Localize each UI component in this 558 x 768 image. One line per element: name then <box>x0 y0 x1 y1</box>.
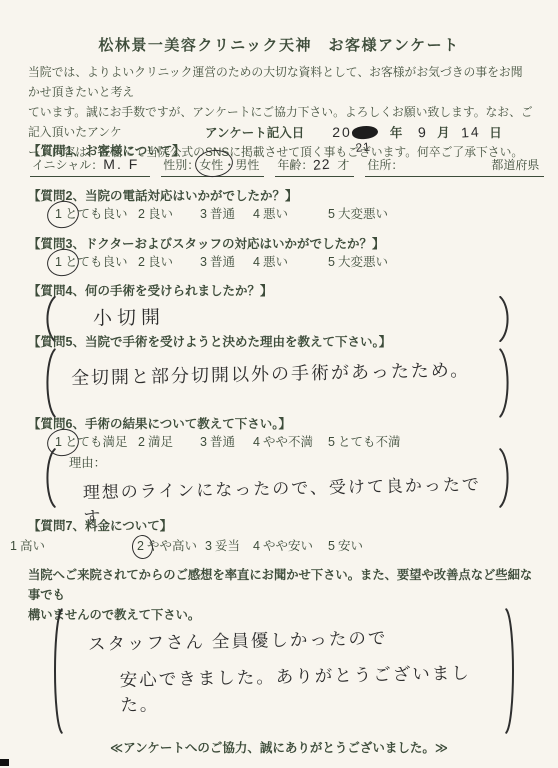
q3-option-4: 4悪い <box>253 252 328 270</box>
answer-bracket-left <box>42 448 57 508</box>
q3-option-1: 1とても良い <box>55 252 138 270</box>
age-value: 22 <box>313 155 338 173</box>
gender-option-male: 男性 <box>235 156 259 173</box>
option-label: とても不満 <box>338 435 401 449</box>
q2-option-2: 2良い <box>138 204 200 222</box>
date-month-unit: 月 <box>437 123 450 141</box>
year-scribble-mark: 21 <box>351 125 378 141</box>
scan-corner-mark <box>0 759 9 766</box>
option-label: 大変悪い <box>338 255 388 269</box>
q4-answer: 小切開 <box>93 302 165 330</box>
option-label: 悪い <box>263 255 288 269</box>
address-unit: 都道府県 <box>491 156 539 173</box>
option-label: 満足 <box>148 435 173 449</box>
option-label: やや不満 <box>263 435 313 449</box>
initial-field: イニシャル： M. F <box>30 156 150 177</box>
address-label: 住所： <box>367 156 403 173</box>
option-label: やや高い <box>147 539 197 553</box>
age-field: 年齢： 22 才 <box>275 156 354 177</box>
date-year-unit: 年 <box>390 123 403 141</box>
option-label: とても良い <box>65 255 128 269</box>
gender-separator: ・ <box>223 156 235 173</box>
survey-scan-page: 松林景一美容クリニック天神 お客様アンケート 当院では、よりよいクリニック運営の… <box>0 0 558 768</box>
option-label: とても満足 <box>65 435 128 449</box>
option-label: やや安い <box>263 539 313 553</box>
option-label: 普通 <box>210 435 235 449</box>
option-label: 安い <box>338 539 363 553</box>
q6-header: 【質問6、手術の結果について教えて下さい。】 <box>28 414 291 432</box>
q3-option-2: 2良い <box>138 252 200 270</box>
answer-bracket-left <box>49 608 64 734</box>
q3-option-3: 3普通 <box>200 252 253 270</box>
option-label: 良い <box>148 207 173 221</box>
q7-option-1: 1高い <box>10 536 137 554</box>
age-label: 年齢： <box>277 156 313 173</box>
option-label: 妥当 <box>215 539 240 553</box>
q2-options-row: 1とても良い 2良い 3普通 4悪い 5大変悪い <box>55 204 388 222</box>
q3-options-row: 1とても良い 2良い 3普通 4悪い 5大変悪い <box>55 252 388 270</box>
q2-option-1: 1とても良い <box>55 204 138 222</box>
q5-answer-box: 全切開と部分切開以外の手術があったため。 <box>55 348 500 418</box>
q7-header: 【質問7、料金について】 <box>28 516 172 534</box>
feedback-prompt-line: 当院へご来院されてからのご感想を率直にお聞かせ下さい。また、要望や改善点など些細… <box>28 565 534 605</box>
q7-options-row: 1高い 2やや高い 3妥当 4やや安い 5安い <box>10 536 363 554</box>
gender-field: 性別： 女性 ・ 男性 <box>161 156 264 177</box>
age-unit: 才 <box>337 156 349 173</box>
date-label: アンケート記入日 <box>205 123 304 141</box>
footer-thanks: ≪アンケートへのご協力、誠にありがとうございました。≫ <box>0 738 558 756</box>
q6-reason-box: 理由： 理想のラインになったので、受けて良かったです <box>55 448 500 508</box>
intro-line: 当院では、よりよいクリニック運営のための大切な資料として、お客様がお気づきの事を… <box>28 62 534 102</box>
comment-line: スタッフさん 全員優しかったので <box>88 625 388 656</box>
date-year-correction: 21 <box>355 140 372 156</box>
comment-box: スタッフさん 全員優しかったので 安心できました。ありがとうございました。 <box>62 608 506 734</box>
gender-option-female: 女性 <box>199 156 223 173</box>
reason-label: 理由： <box>69 453 106 471</box>
date-day-unit: 日 <box>489 123 502 141</box>
option-label: 普通 <box>210 207 235 221</box>
option-label: 高い <box>20 539 45 553</box>
page-title: 松林景一美容クリニック天神 お客様アンケート <box>0 34 558 55</box>
q7-option-4: 4やや安い <box>253 536 328 554</box>
option-label: 大変悪い <box>338 207 388 221</box>
answer-bracket-right <box>498 296 513 342</box>
option-label: 良い <box>148 255 173 269</box>
q7-option-2: 2やや高い <box>137 536 205 554</box>
initial-label: イニシャル： <box>32 156 103 173</box>
q2-option-5: 5大変悪い <box>328 204 388 222</box>
date-month-value: 9 <box>418 124 429 141</box>
initial-value: M. F <box>103 156 145 172</box>
q1-fields-row: イニシャル： M. F 性別： 女性 ・ 男性 年齢： 22 才 住所： 都道府… <box>30 156 544 177</box>
option-label: 普通 <box>210 255 235 269</box>
q2-header: 【質問2、当院の電話対応はいかがでしたか？】 <box>28 186 297 204</box>
answer-bracket-right <box>504 608 519 734</box>
q2-option-4: 4悪い <box>253 204 328 222</box>
answer-bracket-right <box>498 448 513 508</box>
option-label: とても良い <box>65 207 128 221</box>
survey-date-line: アンケート記入日 20 21 年 9 月 14 日 <box>205 123 502 141</box>
answer-bracket-right <box>498 348 513 418</box>
address-field: 住所： 都道府県 <box>365 156 544 177</box>
answer-bracket-left <box>42 348 57 418</box>
q2-option-3: 3普通 <box>200 204 253 222</box>
q7-option-5: 5安い <box>328 536 363 554</box>
q7-option-3: 3妥当 <box>205 536 253 554</box>
q3-header: 【質問3、ドクターおよびスタッフの対応はいかがでしたか？】 <box>28 234 384 252</box>
gender-label: 性別： <box>163 156 199 173</box>
option-label: 悪い <box>263 207 288 221</box>
date-year-value: 20 <box>332 124 352 140</box>
q3-option-5: 5大変悪い <box>328 252 388 270</box>
date-day-value: 14 <box>460 123 481 140</box>
comment-line: 安心できました。ありがとうございました。 <box>120 659 507 717</box>
q5-answer: 全切開と部分切開以外の手術があったため。 <box>71 356 471 390</box>
